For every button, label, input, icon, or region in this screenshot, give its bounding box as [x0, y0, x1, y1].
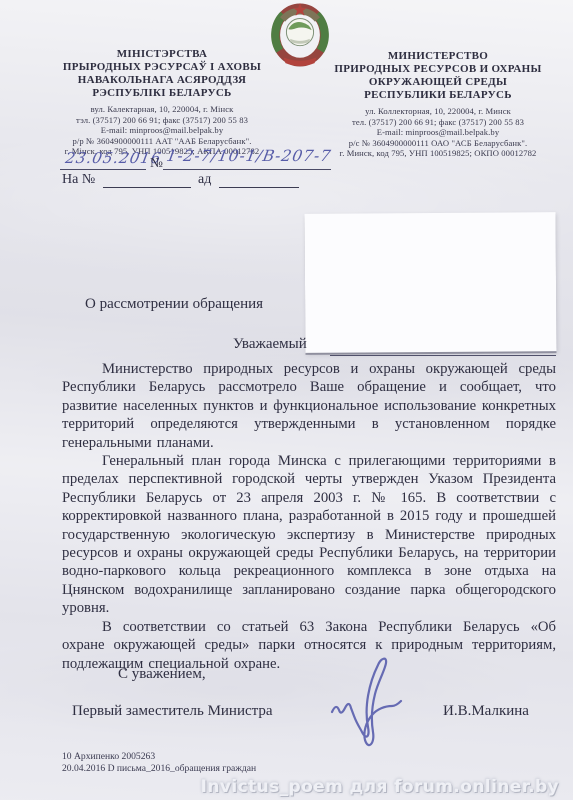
paragraph: Генеральный план города Минска с прилега… — [62, 452, 556, 618]
signer-title: Первый заместитель Министра — [72, 703, 273, 720]
number-sign: № — [150, 155, 163, 171]
salutation: Уважаемый — [233, 336, 307, 353]
handwritten-date: 23.05.2016 — [64, 149, 163, 167]
address-line: тел. (37517) 200 66 91; факс (37517) 200… — [320, 117, 556, 128]
reply-date-blank — [219, 172, 299, 188]
ministry-name-by: МІНІСТЭРСТВА ПРЫРОДНЫХ РЭСУРСАЎ І АХОВЫ … — [44, 48, 280, 100]
executor-note: 10 Архипенко 2005263 20.04.2016 D письма… — [62, 751, 256, 774]
ministry-address-ru: ул. Коллекторная, 10, 220004, г. Минск т… — [320, 106, 556, 159]
file-reference-line: 20.04.2016 D письма_2016_обращения гражд… — [62, 763, 256, 775]
address-line: тэл. (37517) 200 66 91; факс (37517) 200… — [44, 115, 280, 126]
handwritten-outgoing-number: 1-2-7/10-1/В-207-7 — [165, 147, 333, 165]
title-line: РЕСПУБЛИКИ БЕЛАРУСЬ — [320, 89, 556, 102]
reply-ad-label: ад — [198, 172, 211, 188]
title-line: МИНИСТЕРСТВО — [320, 50, 556, 63]
address-line: г. Минск, код 795, УНП 100519825; ОКПО 0… — [320, 148, 556, 159]
handwritten-signature-icon — [315, 650, 427, 765]
reply-number-blank — [103, 172, 191, 188]
reply-to-label: На № — [62, 172, 95, 188]
executor-line: 10 Архипенко 2005263 — [62, 751, 256, 763]
redaction-overlay — [305, 212, 557, 353]
address-line: E-mail: minproos@mail.belpak.by — [44, 125, 280, 136]
forum-watermark: Invictus_poem для forum.onliner.by — [201, 777, 559, 797]
scanned-letter-page: МІНІСТЭРСТВА ПРЫРОДНЫХ РЭСУРСАЎ І АХОВЫ … — [0, 0, 573, 800]
ministry-name-ru: МИНИСТЕРСТВО ПРИРОДНЫХ РЕСУРСОВ И ОХРАНЫ… — [320, 50, 556, 102]
address-line: р/с № 3604900000111 ОАО "АСБ Беларусбанк… — [320, 138, 556, 149]
address-line: ул. Коллекторная, 10, 220004, г. Минск — [320, 106, 556, 117]
title-line: ОКРУЖАЮЩЕЙ СРЕДЫ — [320, 76, 556, 89]
address-line: р/р № 3604900000111 ААТ "ААБ Беларусбанк… — [44, 136, 280, 147]
title-line: МІНІСТЭРСТВА — [44, 48, 280, 61]
letterhead-russian: МИНИСТЕРСТВО ПРИРОДНЫХ РЕСУРСОВ И ОХРАНЫ… — [320, 50, 556, 159]
address-line: вул. Калектарная, 10, 220004, г. Мінск — [44, 104, 280, 115]
title-line: НАВАКОЛЬНАГА АСЯРОДДЗЯ — [44, 74, 280, 87]
signer-name: И.В.Малкина — [443, 703, 529, 720]
paragraph: В соответствии со статьей 63 Закона Респ… — [62, 618, 556, 673]
closing-phrase: С уважением, — [118, 666, 206, 683]
letter-body: Министерство природных ресурсов и охраны… — [62, 360, 556, 673]
letterhead-belarusian: МІНІСТЭРСТВА ПРЫРОДНЫХ РЭСУРСАЎ І АХОВЫ … — [44, 48, 280, 157]
paragraph: Министерство природных ресурсов и охраны… — [62, 360, 556, 452]
salutation-name-blank — [330, 340, 556, 356]
title-line: РЭСПУБЛІКІ БЕЛАРУСЬ — [44, 87, 280, 100]
title-line: ПРИРОДНЫХ РЕСУРСОВ И ОХРАНЫ — [320, 63, 556, 76]
address-line: E-mail: minproos@mail.belpak.by — [320, 127, 556, 138]
letter-subject: О рассмотрении обращения — [85, 296, 263, 313]
title-line: ПРЫРОДНЫХ РЭСУРСАЎ І АХОВЫ — [44, 61, 280, 74]
